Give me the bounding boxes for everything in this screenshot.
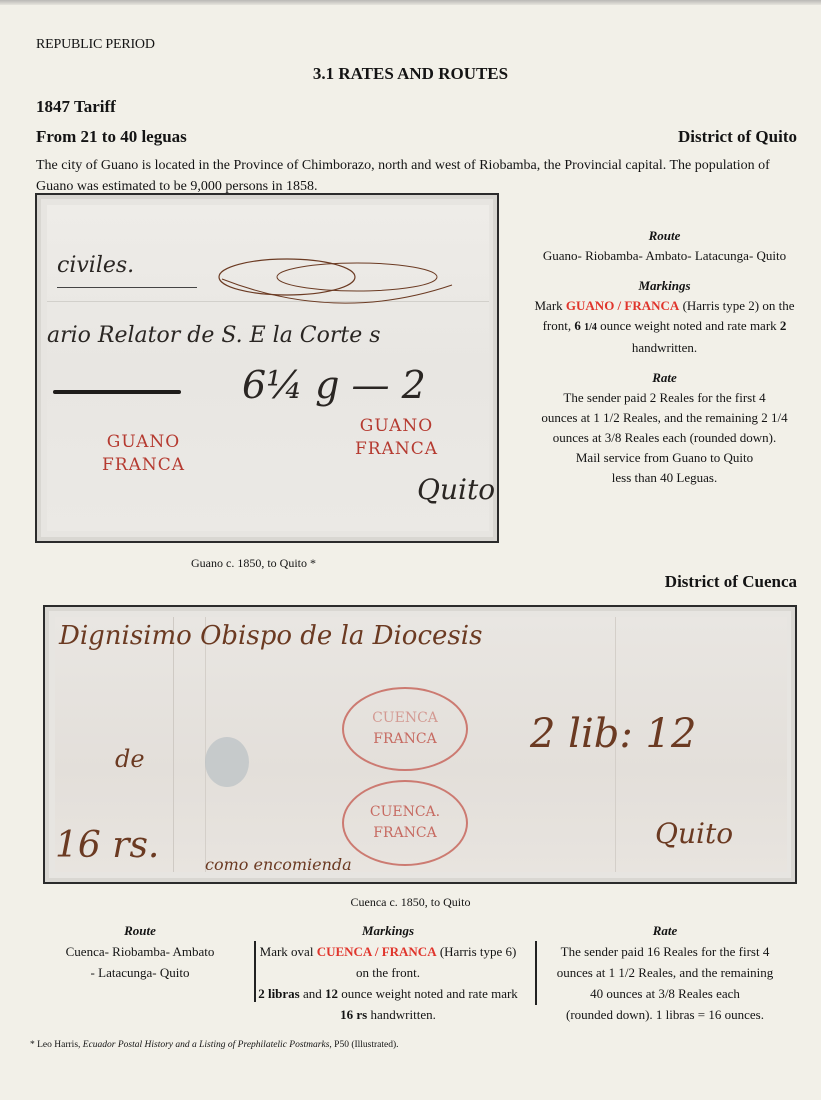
footnote: * Leo Harris, Ecuador Postal History and…: [30, 1040, 399, 1050]
distance-range-heading: From 21 to 40 leguas: [36, 127, 187, 147]
fold-line: [205, 617, 206, 872]
markings-heading: Markings: [258, 920, 518, 941]
district-quito-heading: District of Quito: [678, 127, 797, 147]
cuenca-route-column: Route Cuenca- Riobamba- Ambato - Latacun…: [40, 920, 240, 983]
stamp-line: FRANCA: [344, 823, 466, 844]
rate-heading: Rate: [522, 368, 807, 388]
handwriting-line2: ario Relator de S. E la Corte s: [47, 323, 381, 348]
destination-handwriting: Quito: [417, 473, 495, 506]
cuenca-franca-oval-stamp-bottom: CUENCA. FRANCA: [342, 780, 468, 866]
stamp-line: FRANCA: [102, 454, 185, 477]
markings-heading: Markings: [522, 276, 807, 296]
markings-text: Mark oval CUENCA / FRANCA (Harris type 6…: [258, 941, 518, 1025]
weight-fraction: 1/4: [584, 322, 597, 333]
rate-heading: Rate: [530, 920, 800, 941]
rate-line: The sender paid 16 Reales for the first …: [530, 941, 800, 962]
guano-cover-caption: Guano c. 1850, to Quito *: [191, 556, 316, 571]
intro-paragraph: The city of Guano is located in the Prov…: [36, 155, 806, 197]
weight-and-rate-handwriting: 6¼ g — 2: [242, 363, 426, 407]
text: , P50 (Illustrated).: [329, 1040, 398, 1050]
book-title: Ecuador Postal History and a Listing of …: [83, 1040, 330, 1050]
tariff-heading: 1847 Tariff: [36, 97, 116, 117]
letter-sheet: civiles. ario Relator de S. E la Corte s…: [47, 205, 489, 531]
wax-seal-remnant: [205, 737, 249, 787]
route-line: - Latacunga- Quito: [40, 962, 240, 983]
text: handwritten.: [632, 340, 697, 355]
stamp-line: GUANO: [355, 415, 438, 438]
rate-line: 40 ounces at 3/8 Reales each: [530, 983, 800, 1004]
stamp-line: FRANCA: [344, 729, 466, 750]
mark-name: CUENCA / FRANCA: [317, 944, 437, 959]
text: ounce weight noted and rate mark: [338, 986, 518, 1001]
route-text: Guano- Riobamba- Ambato- Latacunga- Quit…: [522, 246, 807, 266]
guano-description: Route Guano- Riobamba- Ambato- Latacunga…: [522, 226, 807, 488]
text: Mark: [535, 298, 566, 313]
cuenca-franca-oval-stamp-top: CUENCA FRANCA: [342, 687, 468, 771]
handwriting-de: de: [115, 745, 145, 773]
markings-text: Mark GUANO / FRANCA (Harris type 2) on t…: [522, 296, 807, 358]
stamp-line: CUENCA.: [344, 802, 466, 823]
note-handwriting: como encomienda: [205, 855, 352, 874]
weight-ounces: 12: [325, 986, 338, 1001]
weight-handwriting: 2 lib: 12: [530, 711, 696, 757]
weight-value: 6: [574, 318, 581, 333]
cuenca-cover-image: Dignisimo Obispo de la Diocesis de 2 lib…: [43, 605, 797, 884]
stamp-line: GUANO: [102, 431, 185, 454]
handwriting-address: Dignisimo Obispo de la Diocesis: [59, 621, 482, 651]
cuenca-cover-caption: Cuenca c. 1850, to Quito: [0, 895, 821, 910]
district-cuenca-heading: District of Cuenca: [665, 572, 797, 592]
rate-value: 2: [780, 318, 787, 333]
rate-text: The sender paid 2 Reales for the first 4…: [522, 388, 807, 488]
rate-line: ounces at 1 1/2 Reales, and the remainin…: [530, 962, 800, 983]
rate-handwriting: 16 rs.: [55, 825, 159, 866]
stamp-line: CUENCA: [344, 708, 466, 729]
rate-line: (rounded down). 1 libras = 16 ounces.: [530, 1004, 800, 1025]
text: ounce weight noted and rate mark: [597, 318, 780, 333]
destination-handwriting: Quito: [655, 817, 733, 850]
guano-cover-image: civiles. ario Relator de S. E la Corte s…: [35, 193, 499, 543]
fold-line: [173, 617, 174, 872]
column-divider: [254, 941, 256, 1002]
ink-stroke: [53, 390, 181, 394]
rate-value: 16 rs: [340, 1007, 367, 1022]
rate-line: less than 40 Leguas.: [522, 468, 807, 488]
section-label: REPUBLIC PERIOD: [36, 37, 155, 53]
cuenca-rate-column: Rate The sender paid 16 Reales for the f…: [530, 920, 800, 1025]
weight-libras: 2 libras: [258, 986, 300, 1001]
stamp-line: FRANCA: [355, 438, 438, 461]
page-title: 3.1 RATES AND ROUTES: [0, 64, 821, 84]
flourish-signature: [217, 249, 467, 319]
handwriting-line1: civiles.: [57, 253, 134, 278]
rate-line: The sender paid 2 Reales for the first 4: [522, 388, 807, 408]
rate-line: ounces at 3/8 Reales each (rounded down)…: [522, 428, 807, 448]
text: Mark oval: [260, 944, 317, 959]
rate-line: ounces at 1 1/2 Reales, and the remainin…: [522, 408, 807, 428]
page-top-edge: [0, 0, 821, 5]
letter-sheet: Dignisimo Obispo de la Diocesis de 2 lib…: [55, 617, 787, 872]
cuenca-markings-column: Markings Mark oval CUENCA / FRANCA (Harr…: [258, 920, 518, 1025]
route-heading: Route: [522, 226, 807, 246]
mark-name: GUANO / FRANCA: [566, 298, 679, 313]
underline: [57, 287, 197, 288]
text: * Leo Harris,: [30, 1040, 83, 1050]
route-line: Cuenca- Riobamba- Ambato: [40, 941, 240, 962]
text: handwritten.: [367, 1007, 436, 1022]
route-heading: Route: [40, 920, 240, 941]
guano-franca-stamp-right: GUANO FRANCA: [355, 415, 438, 461]
guano-franca-stamp-left: GUANO FRANCA: [102, 431, 185, 477]
rate-line: Mail service from Guano to Quito: [522, 448, 807, 468]
text: and: [300, 986, 325, 1001]
